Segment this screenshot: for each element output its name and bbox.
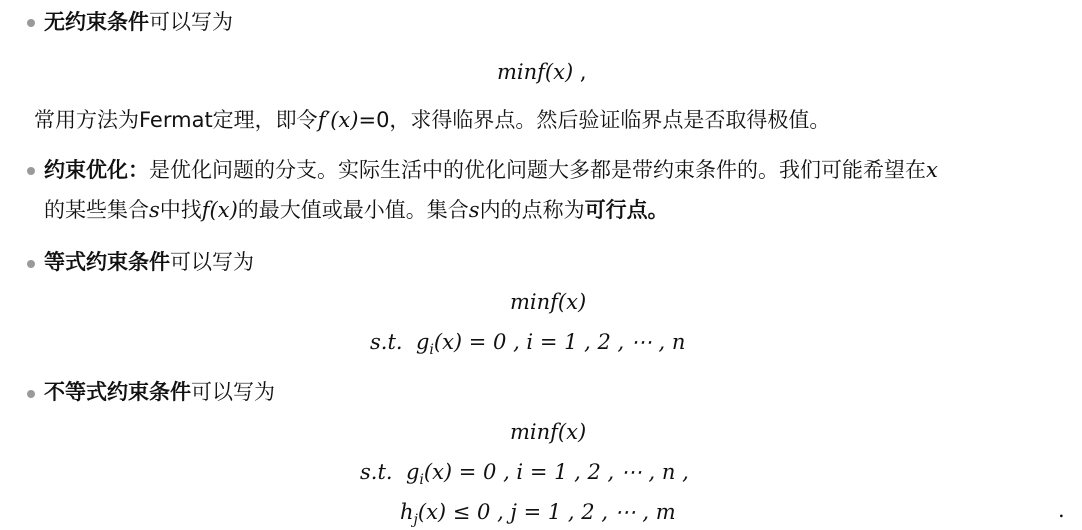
bullet-icon <box>27 390 35 398</box>
formula-rest: (x) ≤ 0 , j = 1 , 2 , ⋯ , m <box>418 500 676 524</box>
inequality-heading: 不等式约束条件可以写为 <box>44 378 275 406</box>
heading-bold: 不等式约束条件 <box>44 380 191 404</box>
inequality-formula-line1: minf(x) <box>510 418 586 446</box>
inequality-formula-line3: hj(x) ≤ 0 , j = 1 , 2 , ⋯ , m <box>400 498 676 526</box>
text-b: 中找 <box>160 198 202 222</box>
note-post: =0，求得临界点。然后验证临界点是否取得极值。 <box>358 108 830 132</box>
f-x: f(x) <box>202 198 238 222</box>
g-func: g <box>416 330 429 354</box>
text-a: 的某些集合 <box>44 198 149 222</box>
formula-expr: minf(x) <box>510 290 586 314</box>
var-s: s <box>469 198 480 222</box>
formula-rest: (x) = 0 , i = 1 , 2 , ⋯ , n <box>434 330 686 354</box>
equality-heading: 等式约束条件可以写为 <box>44 248 254 276</box>
st-label: s.t. <box>370 330 403 354</box>
g-func: g <box>406 460 419 484</box>
constrained-opt-line2: 的某些集合s中找f(x)的最大值或最小值。集合s内的点称为可行点。 <box>44 196 669 224</box>
formula-rest: (x) = 0 , i = 1 , 2 , ⋯ , n , <box>424 460 689 484</box>
trailing-period: . <box>1058 496 1065 524</box>
fermat-note: 常用方法为Fermat定理，即令f′(x)=0，求得临界点。然后验证临界点是否取… <box>34 106 830 134</box>
heading-text: 可以写为 <box>149 10 233 34</box>
var-x: x <box>926 158 938 182</box>
inequality-formula-line2: s.t. gi(x) = 0 , i = 1 , 2 , ⋯ , n , <box>360 458 689 486</box>
h-func: h <box>400 500 414 524</box>
constrained-opt-bold: 约束优化： <box>44 158 149 182</box>
var-s: s <box>149 198 160 222</box>
bullet-icon <box>27 167 35 175</box>
formula-suffix: , <box>573 60 586 84</box>
heading-bold: 等式约束条件 <box>44 250 170 274</box>
formula-expr: minf(x) <box>510 420 586 444</box>
constrained-opt-text: 是优化问题的分支。实际生活中的优化问题大多都是带约束条件的。我们可能希望在 <box>149 158 926 182</box>
text-d: 内的点称为 <box>480 198 585 222</box>
st-label: s.t. <box>360 460 393 484</box>
equality-formula-line1: minf(x) <box>510 288 586 316</box>
constrained-opt-line1: 约束优化：是优化问题的分支。实际生活中的优化问题大多都是带约束条件的。我们可能希… <box>44 156 938 184</box>
equality-formula-line2: s.t. gi(x) = 0 , i = 1 , 2 , ⋯ , n <box>370 328 685 356</box>
note-pre: 常用方法为Fermat定理，即令 <box>34 108 318 132</box>
heading-bold: 无约束条件 <box>44 10 149 34</box>
note-math: f′(x) <box>318 108 359 132</box>
text-c: 的最大值或最小值。集合 <box>238 198 469 222</box>
feasible-point-bold: 可行点。 <box>585 198 669 222</box>
unconstrained-heading: 无约束条件可以写为 <box>44 8 233 36</box>
unconstrained-formula: minf(x) , <box>497 58 587 86</box>
bullet-icon <box>27 19 35 27</box>
heading-text: 可以写为 <box>170 250 254 274</box>
formula-expr: minf(x) <box>497 60 573 84</box>
bullet-icon <box>27 260 35 268</box>
heading-text: 可以写为 <box>191 380 275 404</box>
